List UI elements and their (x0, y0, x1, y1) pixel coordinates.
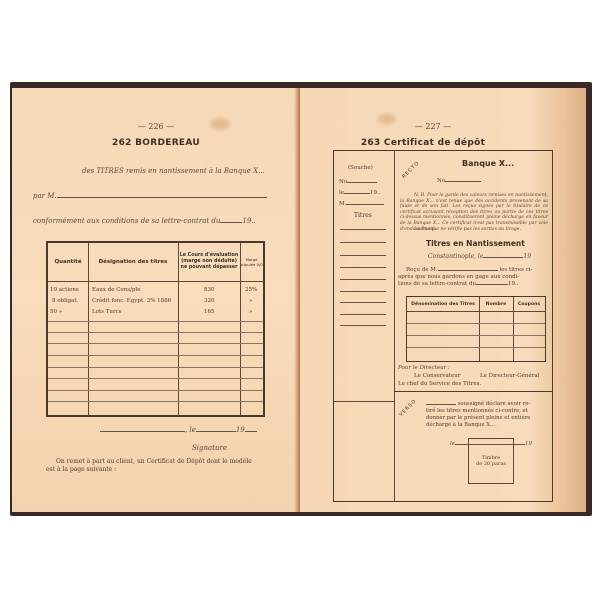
cell-marge: 25% (245, 287, 257, 293)
bank-name: Banque X... (462, 159, 514, 168)
stub-m: M. (339, 201, 384, 207)
stub-separator (334, 401, 394, 402)
stub-rule (340, 267, 386, 268)
stub-label: (Souche) (348, 165, 373, 171)
cell-designation: Eaux de Cons/ple (92, 287, 140, 293)
right-page-number: — 227 — (290, 122, 576, 131)
recu-name-blank (438, 270, 498, 271)
left-page: — 226 — 262 BORDEREAU des TITRES remis e… (12, 88, 300, 512)
verso-label: VERSO (398, 398, 418, 418)
verso-name-blank (426, 404, 456, 405)
stub-m-blank (346, 204, 384, 205)
row-rule (48, 343, 263, 344)
stub-date: le19.. (339, 190, 381, 196)
stamp-text-2: de 20 paras (476, 461, 506, 467)
cell-quantite: 10 actions (50, 287, 79, 293)
verso-line-1: soussigné déclare avoir re- (426, 401, 530, 407)
par-m-label: par M. (33, 192, 57, 200)
row-rule (48, 321, 263, 322)
stub-titres: Titres (354, 212, 372, 219)
recu-suffix: les titres ci- (499, 267, 532, 273)
le-label: , le (185, 426, 196, 434)
right-page: — 227 — 263 Certificat de dépôt (Souche)… (300, 88, 586, 512)
cell-quantite: 8 obligat. (52, 298, 78, 304)
name-blank (57, 197, 267, 198)
bordereau-table: Quantité Désignation des titres Le Cours… (46, 241, 265, 417)
row-rule (48, 355, 263, 356)
recu-line-2: après que nous gardons en gage aux condi… (398, 274, 519, 280)
conservateur-label: Le Conservateur (414, 373, 460, 379)
cell-designation: Crédit fonc. Egypt. 3% 1886 (92, 298, 171, 304)
header-marge: Marge stipulée 0/0 (240, 243, 263, 281)
row-rule (48, 401, 263, 402)
header-designation: Désignation des titres (88, 243, 178, 281)
certificate-form: (Souche) No le19.. M. Titres RECTO Banqu… (333, 150, 553, 502)
footer-note: On remet à part au client, un Certificat… (46, 458, 256, 474)
bordereau-line-2: par M. (33, 192, 273, 200)
recto-label: RECTO (401, 160, 421, 180)
directeur-general-label: Le Directeur-Général (480, 373, 539, 379)
place-year: 19 (523, 253, 531, 260)
recu-date-blank (476, 284, 508, 285)
stub-rule (340, 255, 386, 256)
place-blank (100, 431, 185, 432)
year-blank (245, 431, 257, 432)
stub-rule (340, 302, 386, 303)
left-page-number: — 226 — (12, 122, 300, 131)
header-coupons: Coupons (513, 297, 545, 311)
header-nombre: Nombre (479, 297, 513, 311)
row-rule (48, 367, 263, 368)
row-rule (407, 347, 545, 348)
chef-service-label: Le chef du Service des Titres. (398, 381, 481, 387)
stub-year: 19.. (370, 190, 381, 196)
row-rule (407, 323, 545, 324)
titles-table: Dénomination des Titres Nombre Coupons (406, 296, 546, 362)
day-blank (196, 431, 236, 432)
stub-rule (340, 314, 386, 315)
pour-directeur: Pour le Directeur : (398, 365, 450, 371)
stamp-box: Timbre de 20 paras (468, 438, 514, 484)
no-label: No (437, 178, 445, 184)
verso-separator (394, 391, 552, 392)
cell-marge: » (249, 298, 252, 304)
bordereau-line-1: des TITRES remis en nantissement à la Ba… (82, 167, 265, 175)
verso-year: 19 (525, 441, 532, 447)
stub-rule (340, 279, 386, 280)
cell-cours: 320 (204, 298, 215, 304)
place-date-line: Constantinople, le19 (428, 253, 531, 260)
row-rule (407, 335, 545, 336)
recu-year: 19.. (508, 281, 519, 287)
header-rule (407, 311, 545, 312)
recu-line-1: Reçu de M. les titres ci- (406, 267, 532, 273)
row-rule (48, 332, 263, 333)
stub-no-blank (347, 182, 377, 183)
cell-cours: 165 (204, 309, 215, 315)
left-page-title: 262 BORDEREAU (12, 138, 300, 148)
nota-bene-last: La Banque ne vérifie pas les sorties au … (414, 227, 548, 233)
signature-label: Signature (192, 444, 227, 452)
stub-no-label: No (339, 179, 347, 185)
verso-line-2: tiré les titres mentionnés ci-contre, et (426, 408, 528, 414)
cell-marge: » (249, 309, 252, 315)
row-rule (48, 378, 263, 379)
recu-contract-label: tions de sa lettre-contrat du (398, 281, 476, 287)
conditions-text: conformément aux conditions de sa lettre… (33, 217, 220, 225)
year-suffix: 19.. (242, 217, 255, 225)
verso-line-4: décharge à la Banque X... (426, 422, 495, 428)
stub-date-blank (344, 193, 370, 194)
header-quantite: Quantité (48, 243, 88, 281)
stub-no: No (339, 179, 377, 185)
stub-column: (Souche) No le19.. M. Titres (334, 151, 395, 501)
no-blank (445, 181, 481, 182)
date-blank (220, 222, 242, 223)
stamp-label: Timbre de 20 paras (476, 455, 506, 467)
recu-line-3: tions de sa lettre-contrat du19.. (398, 281, 519, 287)
stub-rule (340, 325, 386, 326)
stub-rule (340, 291, 386, 292)
recu-prefix: Reçu de M. (406, 267, 438, 273)
bordereau-line-3: conformément aux conditions de sa lettre… (33, 217, 256, 225)
cell-designation: Lots Turcs (92, 309, 122, 315)
open-book: — 226 — 262 BORDEREAU des TITRES remis e… (10, 82, 592, 516)
right-page-title: 263 Certificat de dépôt (280, 138, 566, 148)
place-date-blank (483, 257, 523, 258)
date-line: , le19 (100, 426, 257, 434)
certificate-no: No (437, 178, 481, 184)
stub-rule (340, 229, 386, 230)
titres-subtitle: Titres en Nantissement (426, 239, 525, 248)
place-label: Constantinople, le (428, 253, 483, 260)
cell-quantite: 50 » (50, 309, 62, 315)
row-rule (48, 390, 263, 391)
header-denomination: Dénomination des Titres (407, 297, 479, 311)
cell-cours: 830 (204, 287, 215, 293)
year-label: 19 (236, 426, 245, 434)
header-cours: Le Cours d'évaluation (marge non déduite… (178, 243, 240, 281)
verso-text-1: soussigné déclare avoir re- (458, 401, 530, 407)
verso-line-3: donner par le présent pleine et entière (426, 415, 530, 421)
stub-m-label: M. (339, 201, 346, 207)
stub-rule (340, 242, 386, 243)
